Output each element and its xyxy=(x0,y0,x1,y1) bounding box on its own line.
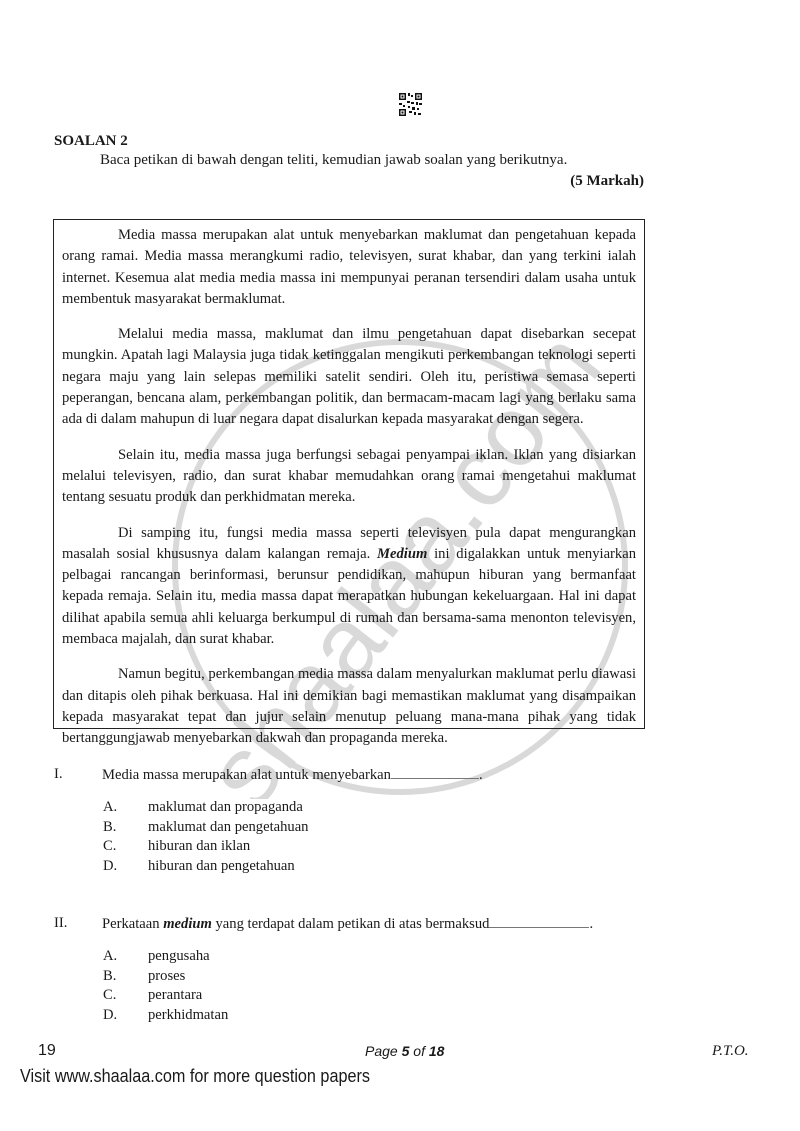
passage-paragraph: Melalui media massa, maklumat dan ilmu p… xyxy=(62,324,636,430)
keyword-medium: medium xyxy=(163,916,212,932)
paper-code: 19 xyxy=(38,1042,56,1060)
question-text: Media massa merupakan alat untuk menyeba… xyxy=(102,766,483,784)
marks-label: (5 Markah) xyxy=(570,173,644,190)
reading-passage: Media massa merupakan alat untuk menyeba… xyxy=(53,219,645,729)
question-number: II. xyxy=(54,915,67,932)
passage-paragraph: Namun begitu, perkembangan media massa d… xyxy=(62,664,636,749)
answer-blank xyxy=(391,766,479,779)
keyword-medium: Medium xyxy=(377,546,427,562)
passage-paragraph: Di samping itu, fungsi media massa seper… xyxy=(62,523,636,651)
question-heading: SOALAN 2 xyxy=(54,133,128,150)
passage-paragraph: Selain itu, media massa juga berfungsi s… xyxy=(62,445,636,509)
pto-label: P.T.O. xyxy=(712,1043,749,1060)
instruction-text: Baca petikan di bawah dengan teliti, kem… xyxy=(100,152,567,169)
passage-paragraph: Media massa merupakan alat untuk menyeba… xyxy=(62,225,636,310)
question-text: Perkataan medium yang terdapat dalam pet… xyxy=(102,915,593,933)
qr-code-icon xyxy=(398,92,423,117)
answer-blank xyxy=(489,915,589,928)
page-indicator: Page 5 of 18 xyxy=(365,1043,444,1059)
visit-link[interactable]: Visit www.shaalaa.com for more question … xyxy=(20,1066,370,1087)
question-number: I. xyxy=(54,766,63,783)
